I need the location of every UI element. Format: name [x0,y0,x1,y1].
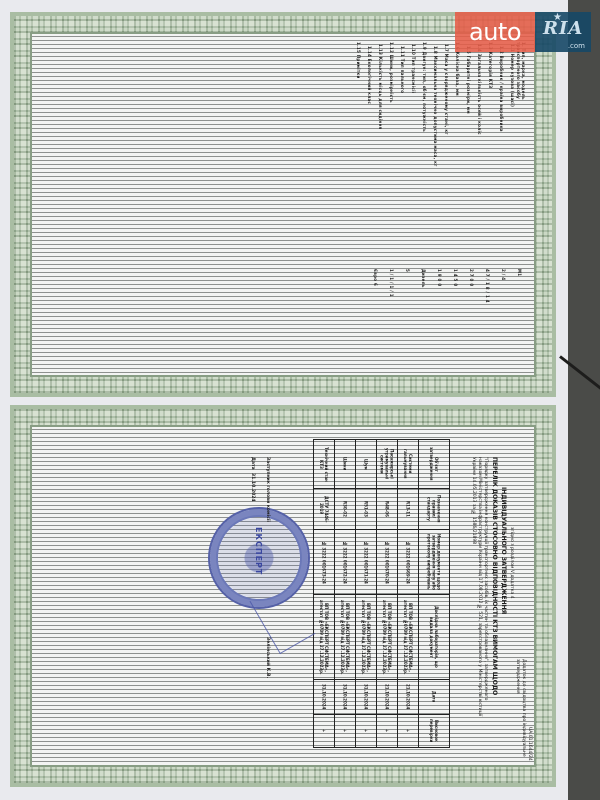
document-subtitle: згідно з розділом V додатка 4 [508,527,514,599]
table-cell: ВП ТОВ «ЕКСПЕРТ СИСТЕМА», атестат №0709 … [335,595,356,680]
spec-list-item: 1. Тип, марка, модель транспортного засо… [516,42,526,132]
annex-number: UA.01.1644/24 [526,727,532,761]
certificate-page-top: 1. Тип, марка, модель транспортного засо… [10,12,556,397]
table-cell: + [377,715,398,748]
table-cell: 21.10.2024 [398,680,419,715]
spec-value: 1 / 1 / 1 / 1 [389,269,394,297]
spec-value: 1 9 0 0 [437,269,442,286]
table-cell: № 3222 001670-24 [377,530,398,595]
table-cell: Технічний стан КТЗ [314,440,335,489]
table-cell: Системи гальмування [398,440,419,489]
table-header-row: Об'єкт затвердженняПозначення правил/ста… [419,440,450,748]
table-cell: R30-02 [335,489,356,530]
table-header-cell: Позначення правил/стандарту [419,489,450,530]
table-row: Пасажирські утримувальні системиR48-06№ … [377,440,398,748]
spec-value: 2 7 0 0 [469,269,474,286]
spec-value: Євро 6 [373,269,378,286]
stamp-text: ЕКСПЕРТ [254,527,263,575]
table-row: Системи гальмуванняR13-11№ 3222 001669-2… [398,440,419,748]
table-header-cell: Дослідна лабораторія, що видала документ [419,595,450,680]
table-cell: № 3222 001669-24 [398,530,419,595]
date-value: 31.10.2024 [250,473,255,501]
table-row: ШумR51-03№ 3222 001671-24ВП ТОВ «ЕКСПЕРТ… [356,440,377,748]
table-cell: 31.10.2024 [314,680,335,715]
document-title: ПЕРЕЛІК ДОКАЗІВ СТОСОВНО ВІДПОВІДНОСТІ К… [490,457,498,695]
spec-list-item: 1.12 Шини, розмірність [389,42,394,103]
table-cell: № 3222 001672-24 [335,530,356,595]
signer-name: Зелінський К.В. [265,637,270,678]
table-cell: Пасажирські утримувальні системи [377,440,398,489]
spec-list-item: 1.8 Максимальна технічно допустима маса,… [433,46,438,167]
watermark-domain: .com [568,42,585,50]
watermark-ria: ★ RIA .com [535,12,591,52]
spec-value: Дизель [421,269,426,288]
table-cell: ВП ТОВ «ЕКСПЕРТ СИСТЕМА», атестат №0709 … [356,595,377,680]
spec-list-item: 1.15 Примітки [356,42,361,79]
annex-note: Додаток до свідоцтва про індивідуальне з… [514,659,526,765]
table-cell: R51-03 [356,489,377,530]
spec-value: 2 / 4 [501,269,506,280]
table-cell: + [314,715,335,748]
spec-list-item: 1.9 Двигун: тип, об'єм, потужність [422,42,427,132]
spec-value: М1 [517,269,522,276]
table-cell: ВП ТОВ «ЕКСПЕРТ СИСТЕМА», атестат №0709 … [398,595,419,680]
spec-list-item: 1.1 Номер кузова (шасі) [510,44,515,107]
watermark-auto: auto [455,12,535,52]
table-cell: Шум [356,440,377,489]
table-header-cell: Об'єкт затвердження [419,440,450,489]
guilloche-background: Додаток до свідоцтва про індивідуальне з… [30,425,536,767]
table-header-cell: Дата [419,680,450,715]
spec-value: 1 4 5 0 [453,269,458,286]
table-header-cell: Висновок перевірки [419,715,450,748]
spec-list-item: 1.13 Кількість місць для сидіння [378,44,383,130]
evidence-table: Об'єкт затвердженняПозначення правил/ста… [313,439,450,748]
table-cell: 21.10.2024 [377,680,398,715]
date-label: Дата [250,457,255,470]
table-cell: + [335,715,356,748]
spec-list-item: 1.5 Габаритні розміри, мм [466,46,471,114]
table-cell: 31.10.2024 [356,680,377,715]
guilloche-background: 1. Тип, марка, модель транспортного засо… [30,32,536,377]
regulation-note: "Порядку затвердження конструкції трансп… [470,457,488,717]
certificate-page-bottom: Додаток до свідоцтва про індивідуальне з… [10,405,556,787]
signer-label: Заступник голови комісії [265,457,270,522]
table-cell: R48-06 [377,489,398,530]
table-cell: 31.10.2024 [335,680,356,715]
table-row: ШиниR30-02№ 3222 001672-24ВП ТОВ «ЕКСПЕР… [335,440,356,748]
table-header-cell: Номер документа щодо затвердження типу а… [419,530,450,595]
table-row: Технічний стан КТЗДСТУ 7446-2019№ 3222 0… [314,440,335,748]
spec-list-item: 1.10 Тип трансмісії [411,44,416,93]
spec-value: 5 [405,269,410,272]
spec-list-item: 1.14 Екологічний клас [367,46,372,104]
spec-list-item: 1.7 Маса у спорядженому стані, кг [444,44,449,135]
table-cell: ВП ТОВ «ЕКСПЕРТ СИСТЕМА», атестат №0709 … [377,595,398,680]
spec-list-item: 1.11 Тип пального [400,46,405,93]
table-cell: + [356,715,377,748]
autoria-watermark: auto ★ RIA .com [455,12,591,52]
official-stamp: ЕКСПЕРТ [208,507,310,609]
table-cell: + [398,715,419,748]
spec-list-item: 1.2 Виробник / країна виробника [499,46,504,132]
table-cell: № 3222 001671-24 [356,530,377,595]
table-cell: Шини [335,440,356,489]
table-cell: ВП ТОВ «ЕКСПЕРТ СИСТЕМА», атестат №0709 … [314,595,335,680]
document-title-line2: ІНДИВІДУАЛЬНОГО ЗАТВЕРДЖЕННЯ [499,487,507,614]
table-cell: № 3222 001673-24 [314,530,335,595]
spec-value: 4 7 / 1 8 / 1 4 [485,269,490,303]
spec-list-item: 1.4 Загальна кількість осей і коліс [477,44,482,135]
table-cell: ДСТУ 7446-2019 [314,489,335,530]
watermark-ria-text: RIA [543,18,583,39]
table-cell: R13-11 [398,489,419,530]
